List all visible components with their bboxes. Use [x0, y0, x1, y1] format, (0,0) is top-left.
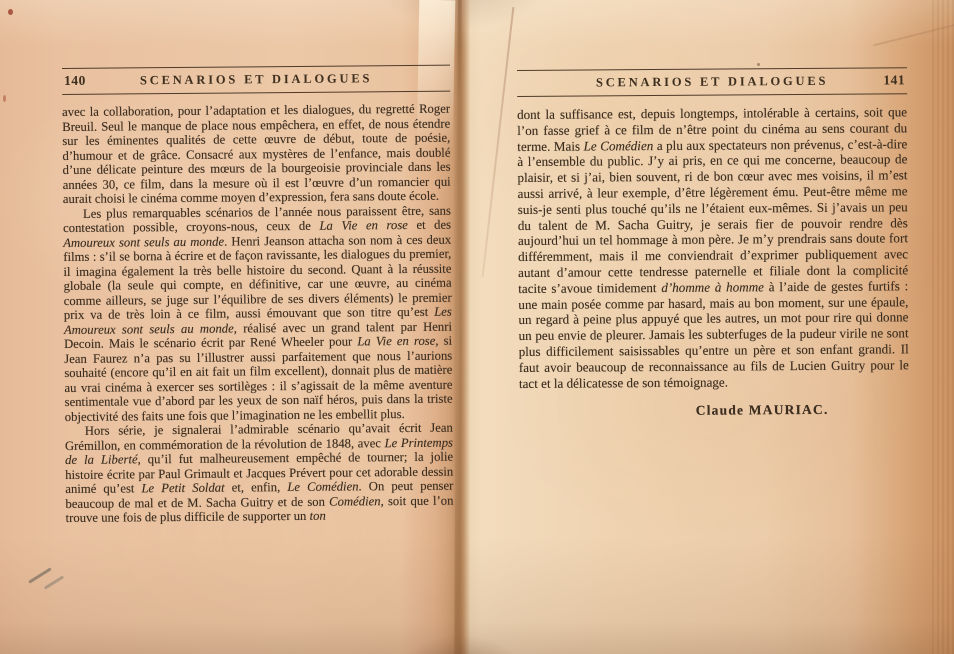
book-spread: 140 SCENARIOS ET DIALOGUES avec la colla… [0, 0, 954, 654]
left-page-number: 140 [64, 73, 86, 89]
paragraph: avec la collaboration, pour l’adaptation… [62, 102, 451, 207]
paragraph: dont la suffisance est, depuis longtemps… [517, 104, 909, 391]
ink-speck [757, 63, 760, 66]
right-header-title: SCENARIOS ET DIALOGUES [517, 73, 907, 91]
left-header-title: SCENARIOS ET DIALOGUES [62, 70, 450, 88]
left-running-header: 140 SCENARIOS ET DIALOGUES [62, 65, 450, 95]
left-page-text: avec la collaboration, pour l’adaptation… [62, 102, 454, 526]
right-page-text: dont la suffisance est, depuis longtemps… [517, 104, 909, 420]
ink-speck [8, 9, 13, 15]
ink-speck [3, 95, 6, 102]
fore-edge-shading [932, 0, 954, 654]
paragraph: Hors série, je signalerai l’admirable sc… [65, 421, 454, 526]
paragraph: Les plus remarquables scénarios de l’ann… [63, 203, 453, 424]
author-signature: Claude MAURIAC. [567, 401, 954, 420]
right-page-number: 141 [883, 72, 905, 88]
right-running-header: SCENARIOS ET DIALOGUES 141 [517, 67, 907, 97]
